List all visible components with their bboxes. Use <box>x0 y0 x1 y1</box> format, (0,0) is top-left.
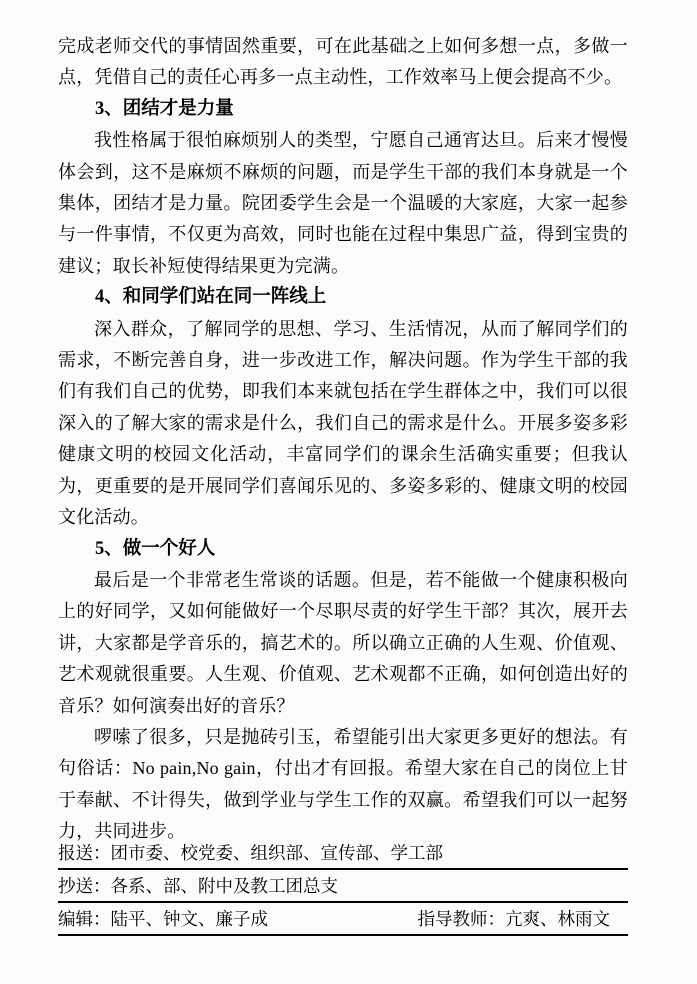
section-heading-4-stand-with-students: 4、和同学们站在同一阵线上 <box>58 282 628 313</box>
footer-copy-row: 抄送：各系、部、附中及教工团总支 <box>58 871 628 903</box>
section-heading-5-be-good-person: 5、做一个好人 <box>58 534 628 565</box>
paragraph-stand-with-students: 深入群众，了解同学的思想、学习、生活情况，从而了解同学们的需求，不断完善自身，进… <box>58 314 628 534</box>
paragraph-unity: 我性格属于很怕麻烦别人的类型，宁愿自己通宵达旦。后来才慢慢体会到，这不是麻烦不麻… <box>58 125 628 282</box>
document-footer: 报送：团市委、校党委、组织部、宣传部、学工部 抄送：各系、部、附中及教工团总支 … <box>58 838 628 937</box>
document-page: 完成老师交代的事情固然重要，可在此基础之上如何多想一点，多做一点，凭借自己的责任… <box>0 0 697 984</box>
footer-report-line: 报送：团市委、校党委、组织部、宣传部、学工部 <box>58 838 443 868</box>
footer-advisor-line: 指导教师：亢爽、林雨文 <box>418 904 629 934</box>
section-heading-3-unity: 3、团结才是力量 <box>58 94 628 125</box>
paragraph-closing: 啰嗦了很多，只是抛砖引玉，希望能引出大家更多更好的想法。有句俗话：No pain… <box>58 722 628 848</box>
footer-copy-line: 抄送：各系、部、附中及教工团总支 <box>58 871 338 901</box>
document-body: 完成老师交代的事情固然重要，可在此基础之上如何多想一点，多做一点，凭借自己的责任… <box>58 31 628 848</box>
paragraph-be-good-person: 最后是一个非常老生常谈的话题。但是，若不能做一个健康积极向上的好同学，又如何能做… <box>58 565 628 722</box>
paragraph-continuation: 完成老师交代的事情固然重要，可在此基础之上如何多想一点，多做一点，凭借自己的责任… <box>58 31 628 94</box>
footer-editor-line: 编辑：陆平、钟文、廉子成 <box>58 904 268 934</box>
footer-editor-row: 编辑：陆平、钟文、廉子成 指导教师：亢爽、林雨文 <box>58 904 628 936</box>
footer-report-row: 报送：团市委、校党委、组织部、宣传部、学工部 <box>58 838 628 870</box>
